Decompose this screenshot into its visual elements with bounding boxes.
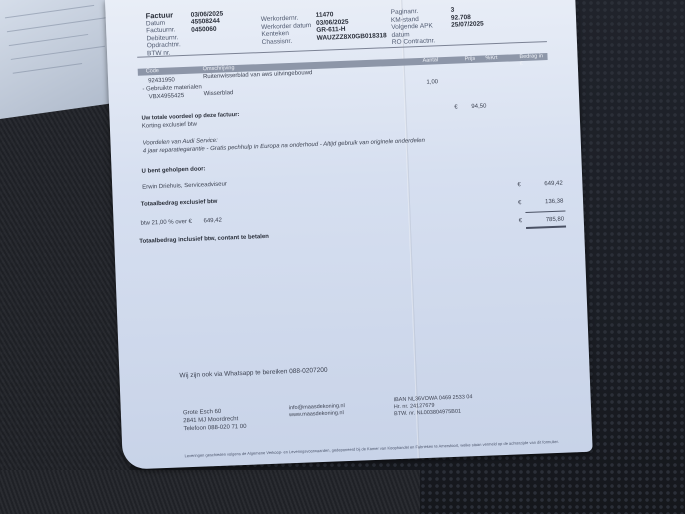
subtotal-rule — [525, 210, 565, 213]
col-code: Code — [146, 68, 159, 75]
row-quantity: 1,00 — [426, 79, 438, 85]
seat-fabric-bottom — [0, 470, 420, 514]
service-advisor: Erwin Driehuis, Serviceadviseur — [142, 181, 227, 190]
vat-base: 649,42 — [203, 218, 222, 225]
discount-currency: € — [454, 105, 458, 111]
total-incl-currency: € — [519, 218, 523, 224]
footer-web: info@maasdekoning.nl www.maasdekoning.nl — [289, 403, 346, 419]
invoice-header-middle: Werkordernr. Werkorder datum Kenteken Ch… — [261, 11, 387, 46]
total-excl-amount: 649,42 — [544, 181, 563, 188]
invoice-header-left: Factuur Datum Factuurnr. Debiteurnr. Opd… — [146, 9, 225, 57]
col-price: Prijs — [464, 56, 475, 63]
row-code: VBX4955425 — [149, 93, 185, 100]
whatsapp-contact: Wij zijn ook via Whatsapp te bereiken 08… — [179, 367, 327, 380]
total-excl-label: Totaalbedrag exclusief btw — [141, 199, 218, 208]
col-quantity: Aantal — [422, 57, 438, 65]
footer-bank: IBAN NL36VOWA 0469 2533 04 Hr. nr. 24127… — [393, 394, 473, 418]
total-double-rule — [526, 225, 566, 229]
total-incl-label: Totaalbedrag inclusief btw, contant te b… — [139, 234, 269, 245]
footer-address: Grote Esch 60 2841 MJ Moordrecht Telefoo… — [183, 407, 247, 433]
paper-crease — [400, 0, 420, 458]
debtor-number: 0450060 — [191, 25, 224, 34]
row-code: - Gebruikte materialen — [142, 84, 202, 92]
vat-label: btw 21,00 % over € — [141, 219, 193, 227]
invoice-number: 45508244 — [191, 17, 224, 26]
col-description: Omschrijving — [203, 65, 235, 73]
invoice-header-right: Paginanr. KM-stand Volgende APK datum RO… — [391, 5, 485, 46]
vat-currency: € — [518, 200, 522, 206]
total-excl-currency: € — [517, 182, 521, 188]
discount-amount: 94,50 — [471, 103, 486, 110]
total-incl-amount: 785,80 — [546, 217, 565, 224]
row-description: Wisserblad — [204, 90, 234, 97]
advantage-heading: Uw totale voordeel op deze factuur: — [141, 112, 239, 122]
website-link[interactable]: www.maasdekoning.nl — [289, 410, 345, 419]
next-apk-date: 25/07/2025 — [451, 20, 484, 29]
vat-amount: 136,38 — [545, 199, 564, 206]
field-label: Chassisnr. — [262, 36, 317, 46]
col-amount: Bedrag in € — [519, 53, 548, 68]
items-table-header: Code Omschrijving Aantal Prijs %Krt Bedr… — [138, 53, 548, 76]
invoice-document: Factuur Datum Factuurnr. Debiteurnr. Opd… — [105, 0, 593, 470]
col-discount: %Krt — [485, 55, 497, 62]
discount-label: Korting exclusief btw — [142, 122, 197, 130]
helped-by-heading: U bent geholpen door: — [142, 166, 206, 174]
row-code: 92431950 — [148, 77, 175, 84]
phone: Telefoon 088-020 71 00 — [183, 423, 246, 433]
